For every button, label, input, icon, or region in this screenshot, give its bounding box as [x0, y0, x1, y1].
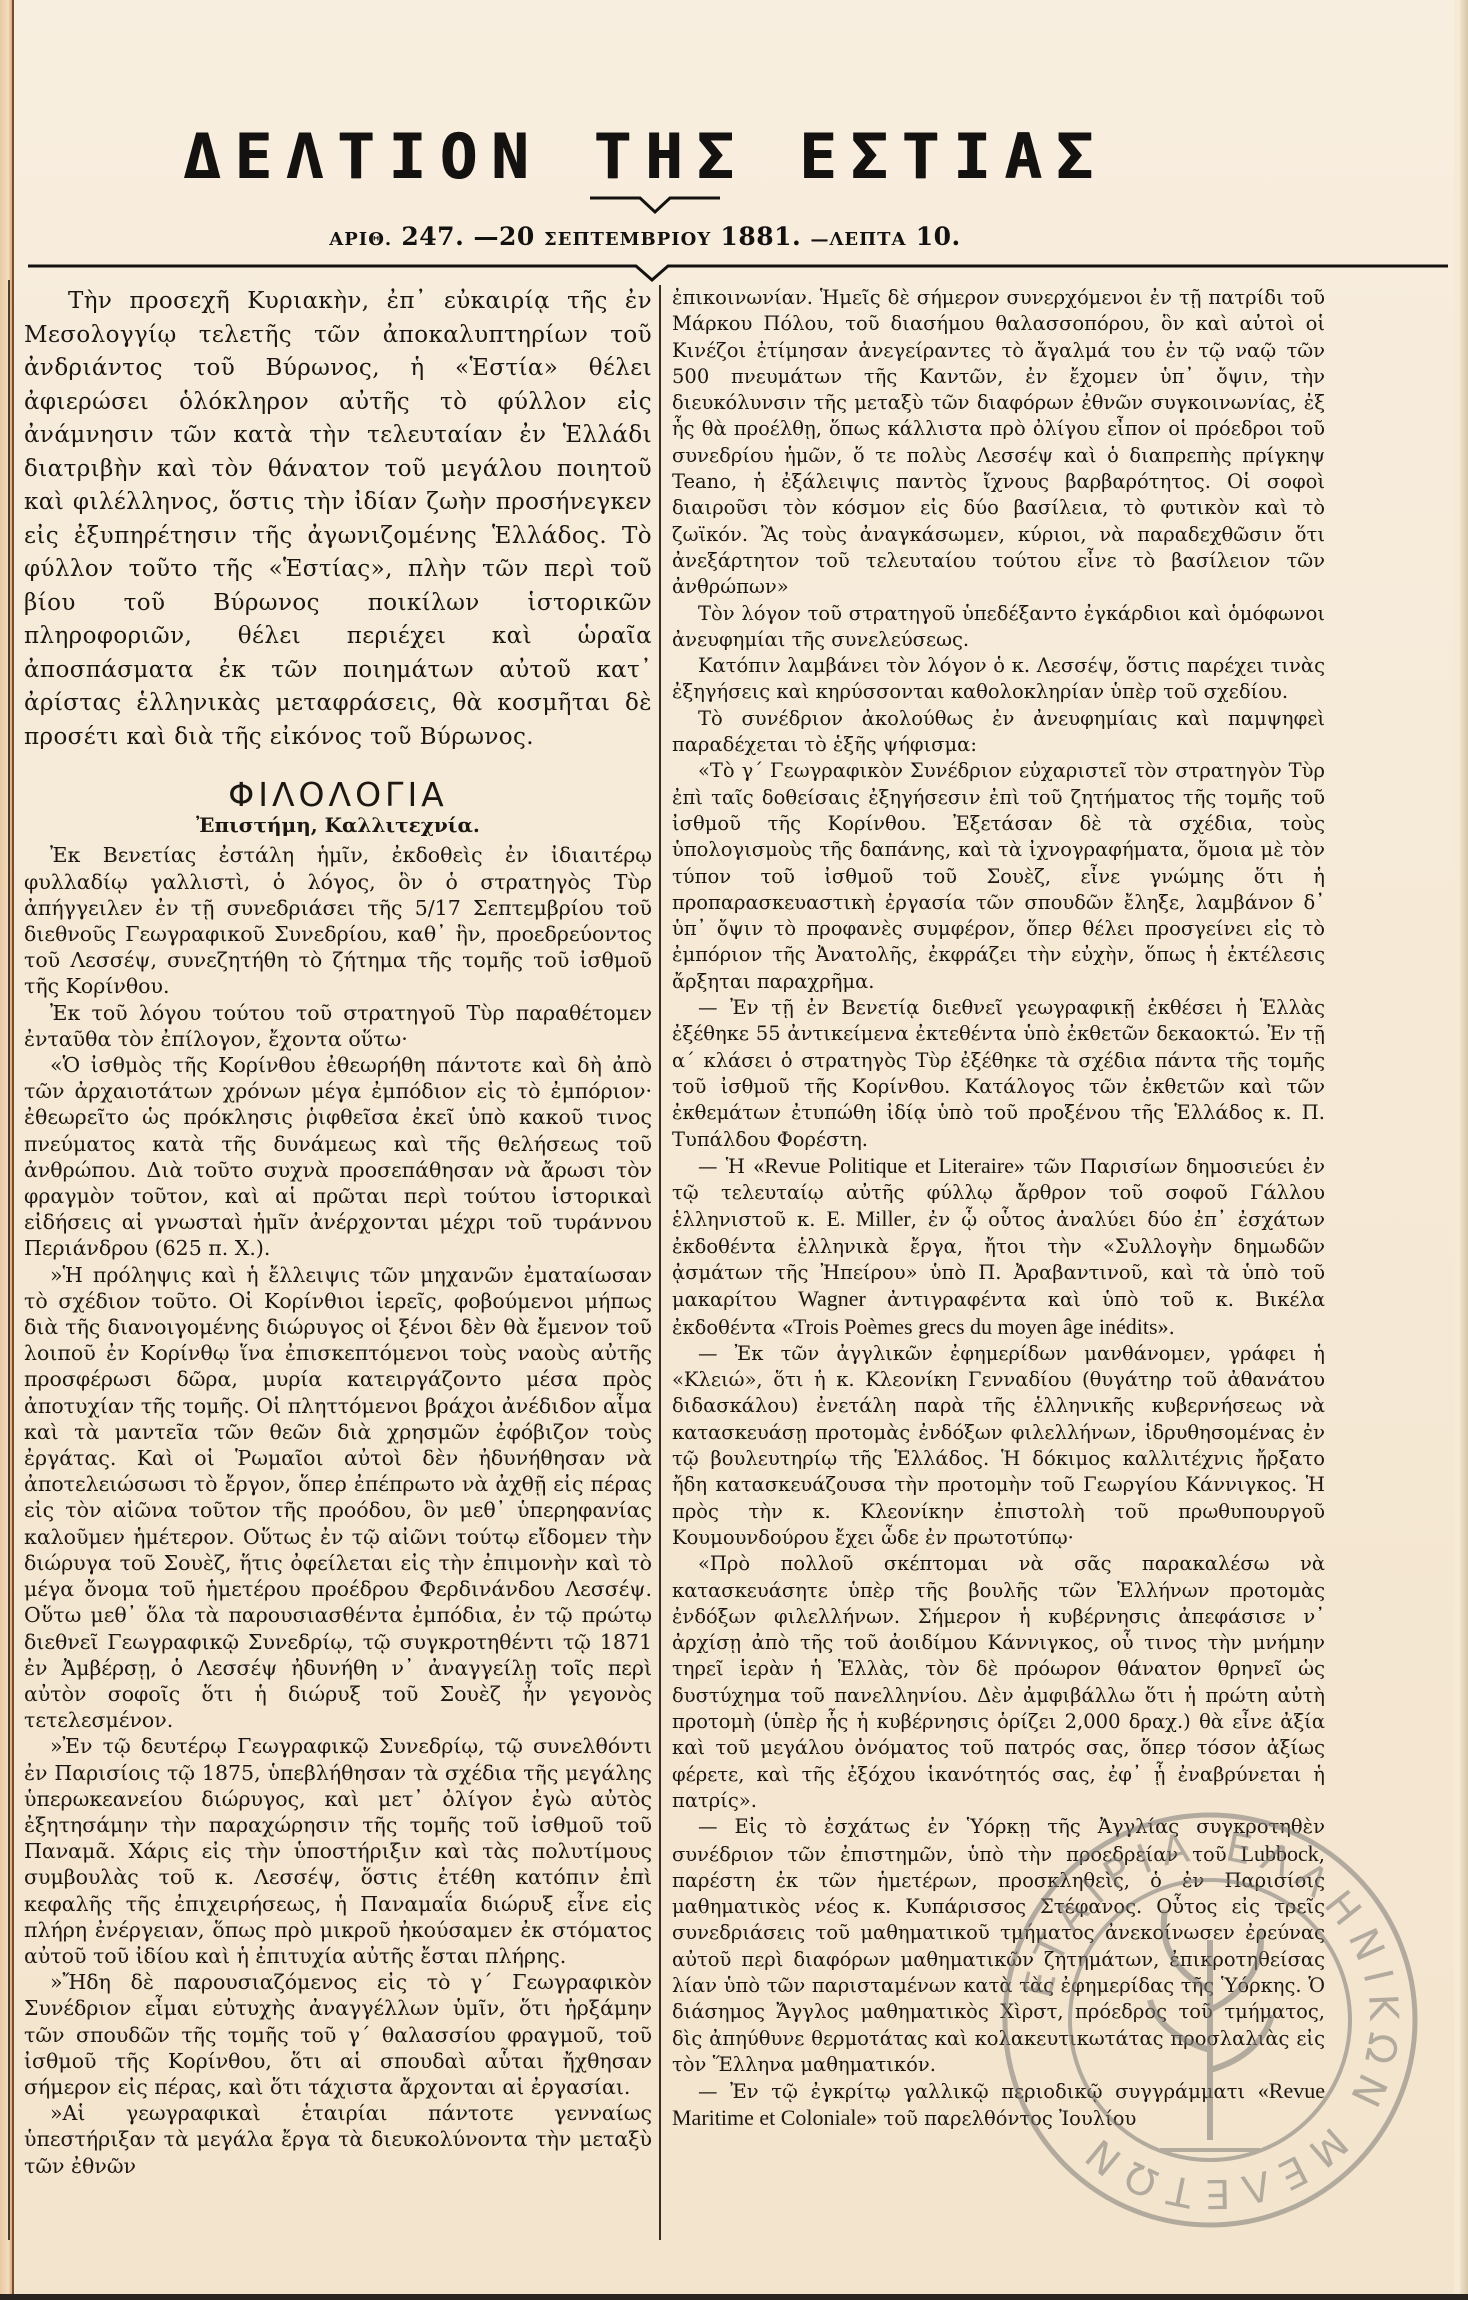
binding-rule: [12, 0, 14, 2300]
price-label: —ΛΕΠΤΑ: [810, 229, 906, 250]
author-name: E. Miller: [826, 1206, 910, 1231]
issue-prefix: ΑΡΙΘ.: [329, 229, 392, 250]
news-item-kleio: — Ἐκ τῶν ἀγγλικῶν ἐφημερίδων μανθάνομεν,…: [672, 1341, 1325, 1551]
announcement: Τὴν προσεχῆ Κυριακὴν, ἐπ᾽ εὐκαιρίᾳ τῆς ἐ…: [24, 285, 652, 754]
price-value: 10.: [916, 222, 961, 251]
journal-title: «Revue Politique et Literaire»: [753, 1153, 1025, 1178]
left-column: Τὴν προσεχῆ Κυριακὴν, ἐπ᾽ εὐκαιρίᾳ τῆς ἐ…: [24, 285, 652, 2179]
item-lead: — Ἡ: [698, 1155, 753, 1178]
article-paragraph: Τὸν λόγον τοῦ στρατηγοῦ ὑπεδέξαντο ἐγκάρ…: [672, 601, 1325, 654]
date-day: —20: [474, 222, 535, 251]
article-paragraph: Ἐκ τοῦ λόγου τούτου τοῦ στρατηγοῦ Τὺρ πα…: [24, 1000, 652, 1052]
article-paragraph: «Ὁ ἰσθμὸς τῆς Κορίνθου ἐθεωρήθη πάντοτε …: [24, 1052, 652, 1262]
page-right-edge: [1460, 0, 1468, 2300]
page-bottom-edge: [0, 2294, 1468, 2300]
article-paragraph: »Ἐν τῷ δευτέρῳ Γεωγραφικῷ Συνεδρίῳ, τῷ σ…: [24, 1733, 652, 1969]
article-paragraph: Κατόπιν λαμβάνει τὸν λόγον ὁ κ. Λεσσέψ, …: [672, 653, 1325, 706]
person-name: Wagner: [798, 1286, 866, 1311]
issue-number: 247.: [401, 222, 464, 251]
book-title: «Trois Poèmes grecs du moyen âge inédits…: [782, 1314, 1169, 1339]
masthead-rule: [28, 262, 1448, 286]
article-paragraph: »Αἱ γεωγραφικαὶ ἑταιρίαι πάντοτε γενναίω…: [24, 2100, 652, 2179]
library-stamp-icon: ΕΤΑΙΡΙΑ ΕΛΛΗΝΙΚΩΝ ΜΕΛΕΤΩΝ: [990, 1790, 1430, 2250]
date-year: 1881.: [720, 222, 801, 251]
quoted-letter: «Πρὸ πολλοῦ σκέπτομαι νὰ σᾶς παρακαλέσω …: [672, 1551, 1325, 1814]
news-item-venice-exhibition: — Ἐν τῇ ἐν Βενετίᾳ διεθνεῖ γεωγραφικῇ ἐκ…: [672, 995, 1325, 1153]
resolution-paragraph: «Τὸ γ´ Γεωγραφικὸν Συνέδριον εὐχαριστεῖ …: [672, 758, 1325, 995]
column-divider: [659, 285, 661, 2240]
section-title: ΦΙΛΟΛΟΓΙΑ: [24, 782, 652, 808]
announcement-text: Τὴν προσεχῆ Κυριακὴν, ἐπ᾽ εὐκαιρίᾳ τῆς ἐ…: [24, 285, 652, 754]
item-text: .: [1169, 1316, 1175, 1339]
left-margin-rule: [8, 280, 10, 2240]
article-paragraph: Ἐκ Βενετίας ἐστάλη ἡμῖν, ἐκδοθεὶς ἐν ἰδι…: [24, 842, 652, 999]
dateline: ΑΡΙΘ. 247. —20 ΣΕΠΤΕΜΒΡΙΟΥ 1881. —ΛΕΠΤΑ …: [150, 222, 1140, 251]
article-paragraph: Τὸ συνέδριον ἀκολούθως ἐν ἀνευφημίαις κα…: [672, 706, 1325, 759]
article-paragraph: »Ἡ πρόληψις καὶ ἡ ἔλλειψις τῶν μηχανῶν ἐ…: [24, 1262, 652, 1734]
article-paragraph: ἐπικοινωνίαν. Ἡμεῖς δὲ σήμερον συνερχόμε…: [672, 285, 1325, 601]
masthead-title: ΔΕΛΤΙΟΝ ΤΗΣ ΕΣΤΙΑΣ: [150, 120, 1140, 193]
article-paragraph: »Ἤδη δὲ παρουσιαζόμενος εἰς τὸ γ´ Γεωγρα…: [24, 1969, 652, 2100]
date-month: ΣΕΠΤΕΜΒΡΙΟΥ: [544, 229, 711, 250]
news-item-revue-politique: — Ἡ «Revue Politique et Literaire» τῶν Π…: [672, 1153, 1325, 1341]
flourish-ornament: [590, 190, 720, 220]
section-subtitle: Ἐπιστήμη, Καλλιτεχνία.: [24, 812, 652, 838]
